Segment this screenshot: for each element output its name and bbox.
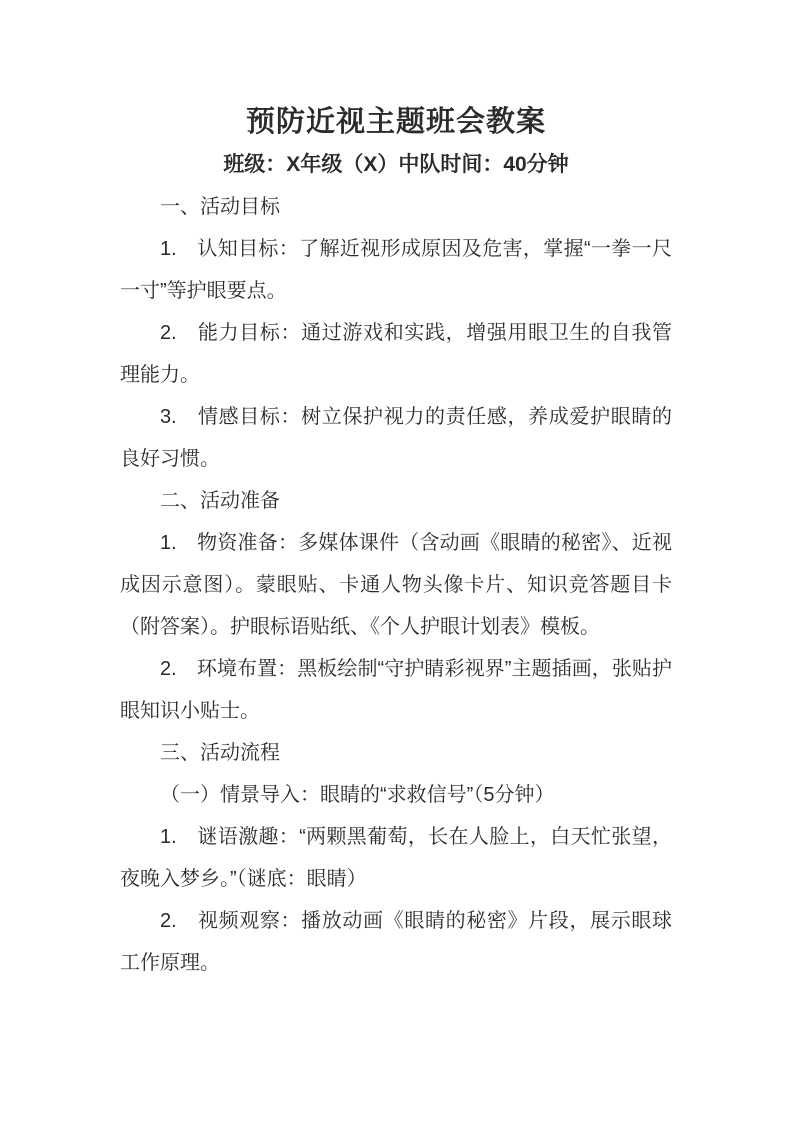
- section-heading-activity-process: 三、活动流程: [120, 732, 672, 774]
- document-content: 预防近视主题班会教案 班级：X年级（X）中队时间：40分钟 一、活动目标 1. …: [0, 0, 793, 984]
- paragraph-environment-setup: 2. 环境布置：黑板绘制“守护睛彩视界”主题插画，张贴护眼知识小贴士。: [120, 648, 672, 732]
- paragraph-riddle-activity: 1. 谜语激趣：“两颗黑葡萄，长在人脸上，白天忙张望，夜晚入梦乡。”（谜底：眼睛…: [120, 816, 672, 900]
- section-heading-activity-preparation: 二、活动准备: [120, 480, 672, 522]
- paragraph-material-preparation: 1. 物资准备：多媒体课件（含动画《眼睛的秘密》、近视成因示意图）。蒙眼贴、卡通…: [120, 522, 672, 648]
- paragraph-scenario-introduction: （一）情景导入：眼睛的“求救信号”（5分钟）: [120, 774, 672, 816]
- paragraph-video-observation: 2. 视频观察：播放动画《眼睛的秘密》片段，展示眼球工作原理。: [120, 900, 672, 984]
- document-meta-line: 班级：X年级（X）中队时间：40分钟: [120, 144, 672, 186]
- paragraph-emotional-goal: 3. 情感目标：树立保护视力的责任感，养成爱护眼睛的良好习惯。: [120, 396, 672, 480]
- paragraph-ability-goal: 2. 能力目标：通过游戏和实践，增强用眼卫生的自我管理能力。: [120, 312, 672, 396]
- section-heading-activity-goals: 一、活动目标: [120, 186, 672, 228]
- document-title: 预防近视主题班会教案: [120, 100, 672, 144]
- paragraph-cognitive-goal: 1. 认知目标：了解近视形成原因及危害，掌握“一拳一尺一寸”等护眼要点。: [120, 228, 672, 312]
- document-page: 预防近视主题班会教案 班级：X年级（X）中队时间：40分钟 一、活动目标 1. …: [0, 0, 793, 1122]
